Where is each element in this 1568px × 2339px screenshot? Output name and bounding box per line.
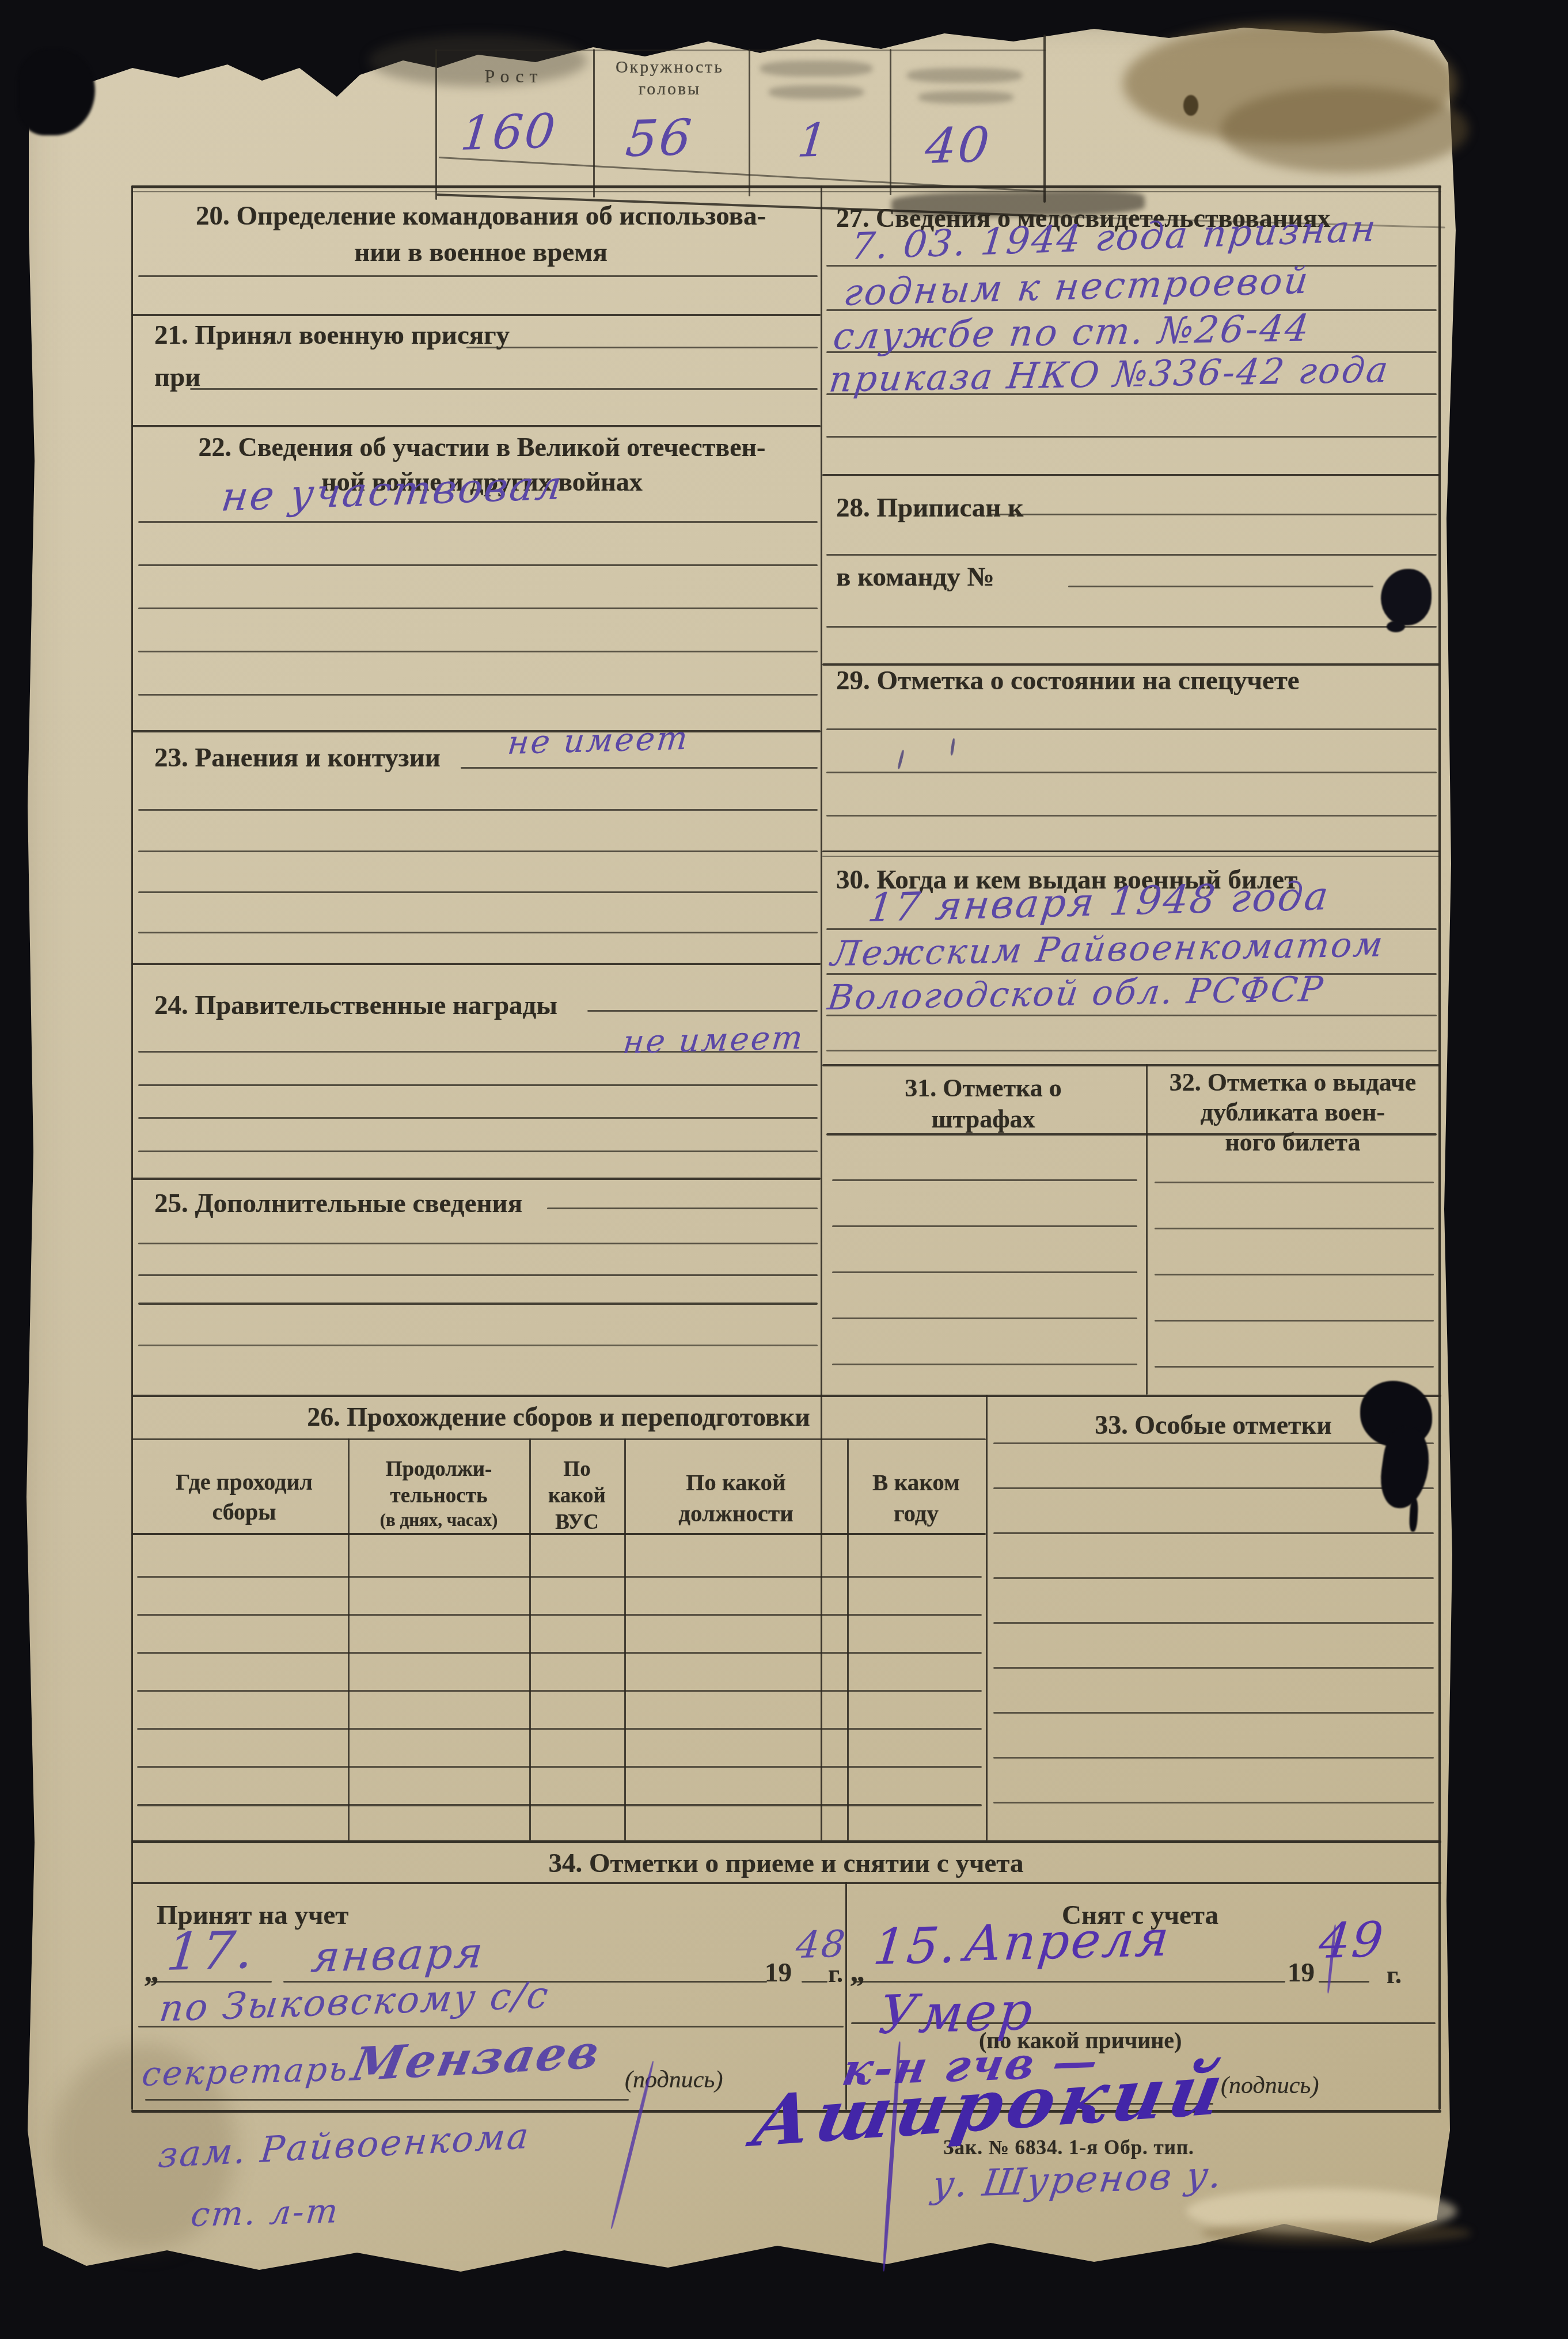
scanned-military-card-page: Рост Окружность головы 160 56 1 40 20. О…	[0, 0, 1568, 2339]
ink-blots-layer	[0, 0, 1568, 2339]
pen-stroke	[897, 750, 905, 769]
ink-blot	[17, 49, 95, 135]
pen-stroke	[1327, 1924, 1337, 1994]
ink-blot	[1387, 621, 1405, 632]
ink-blot	[1408, 1498, 1418, 1532]
pen-stroke	[950, 738, 955, 755]
ink-blot	[1381, 569, 1432, 625]
pen-stroke	[882, 2041, 902, 2272]
pen-stroke	[891, 189, 1145, 219]
pen-stroke	[610, 2061, 655, 2230]
